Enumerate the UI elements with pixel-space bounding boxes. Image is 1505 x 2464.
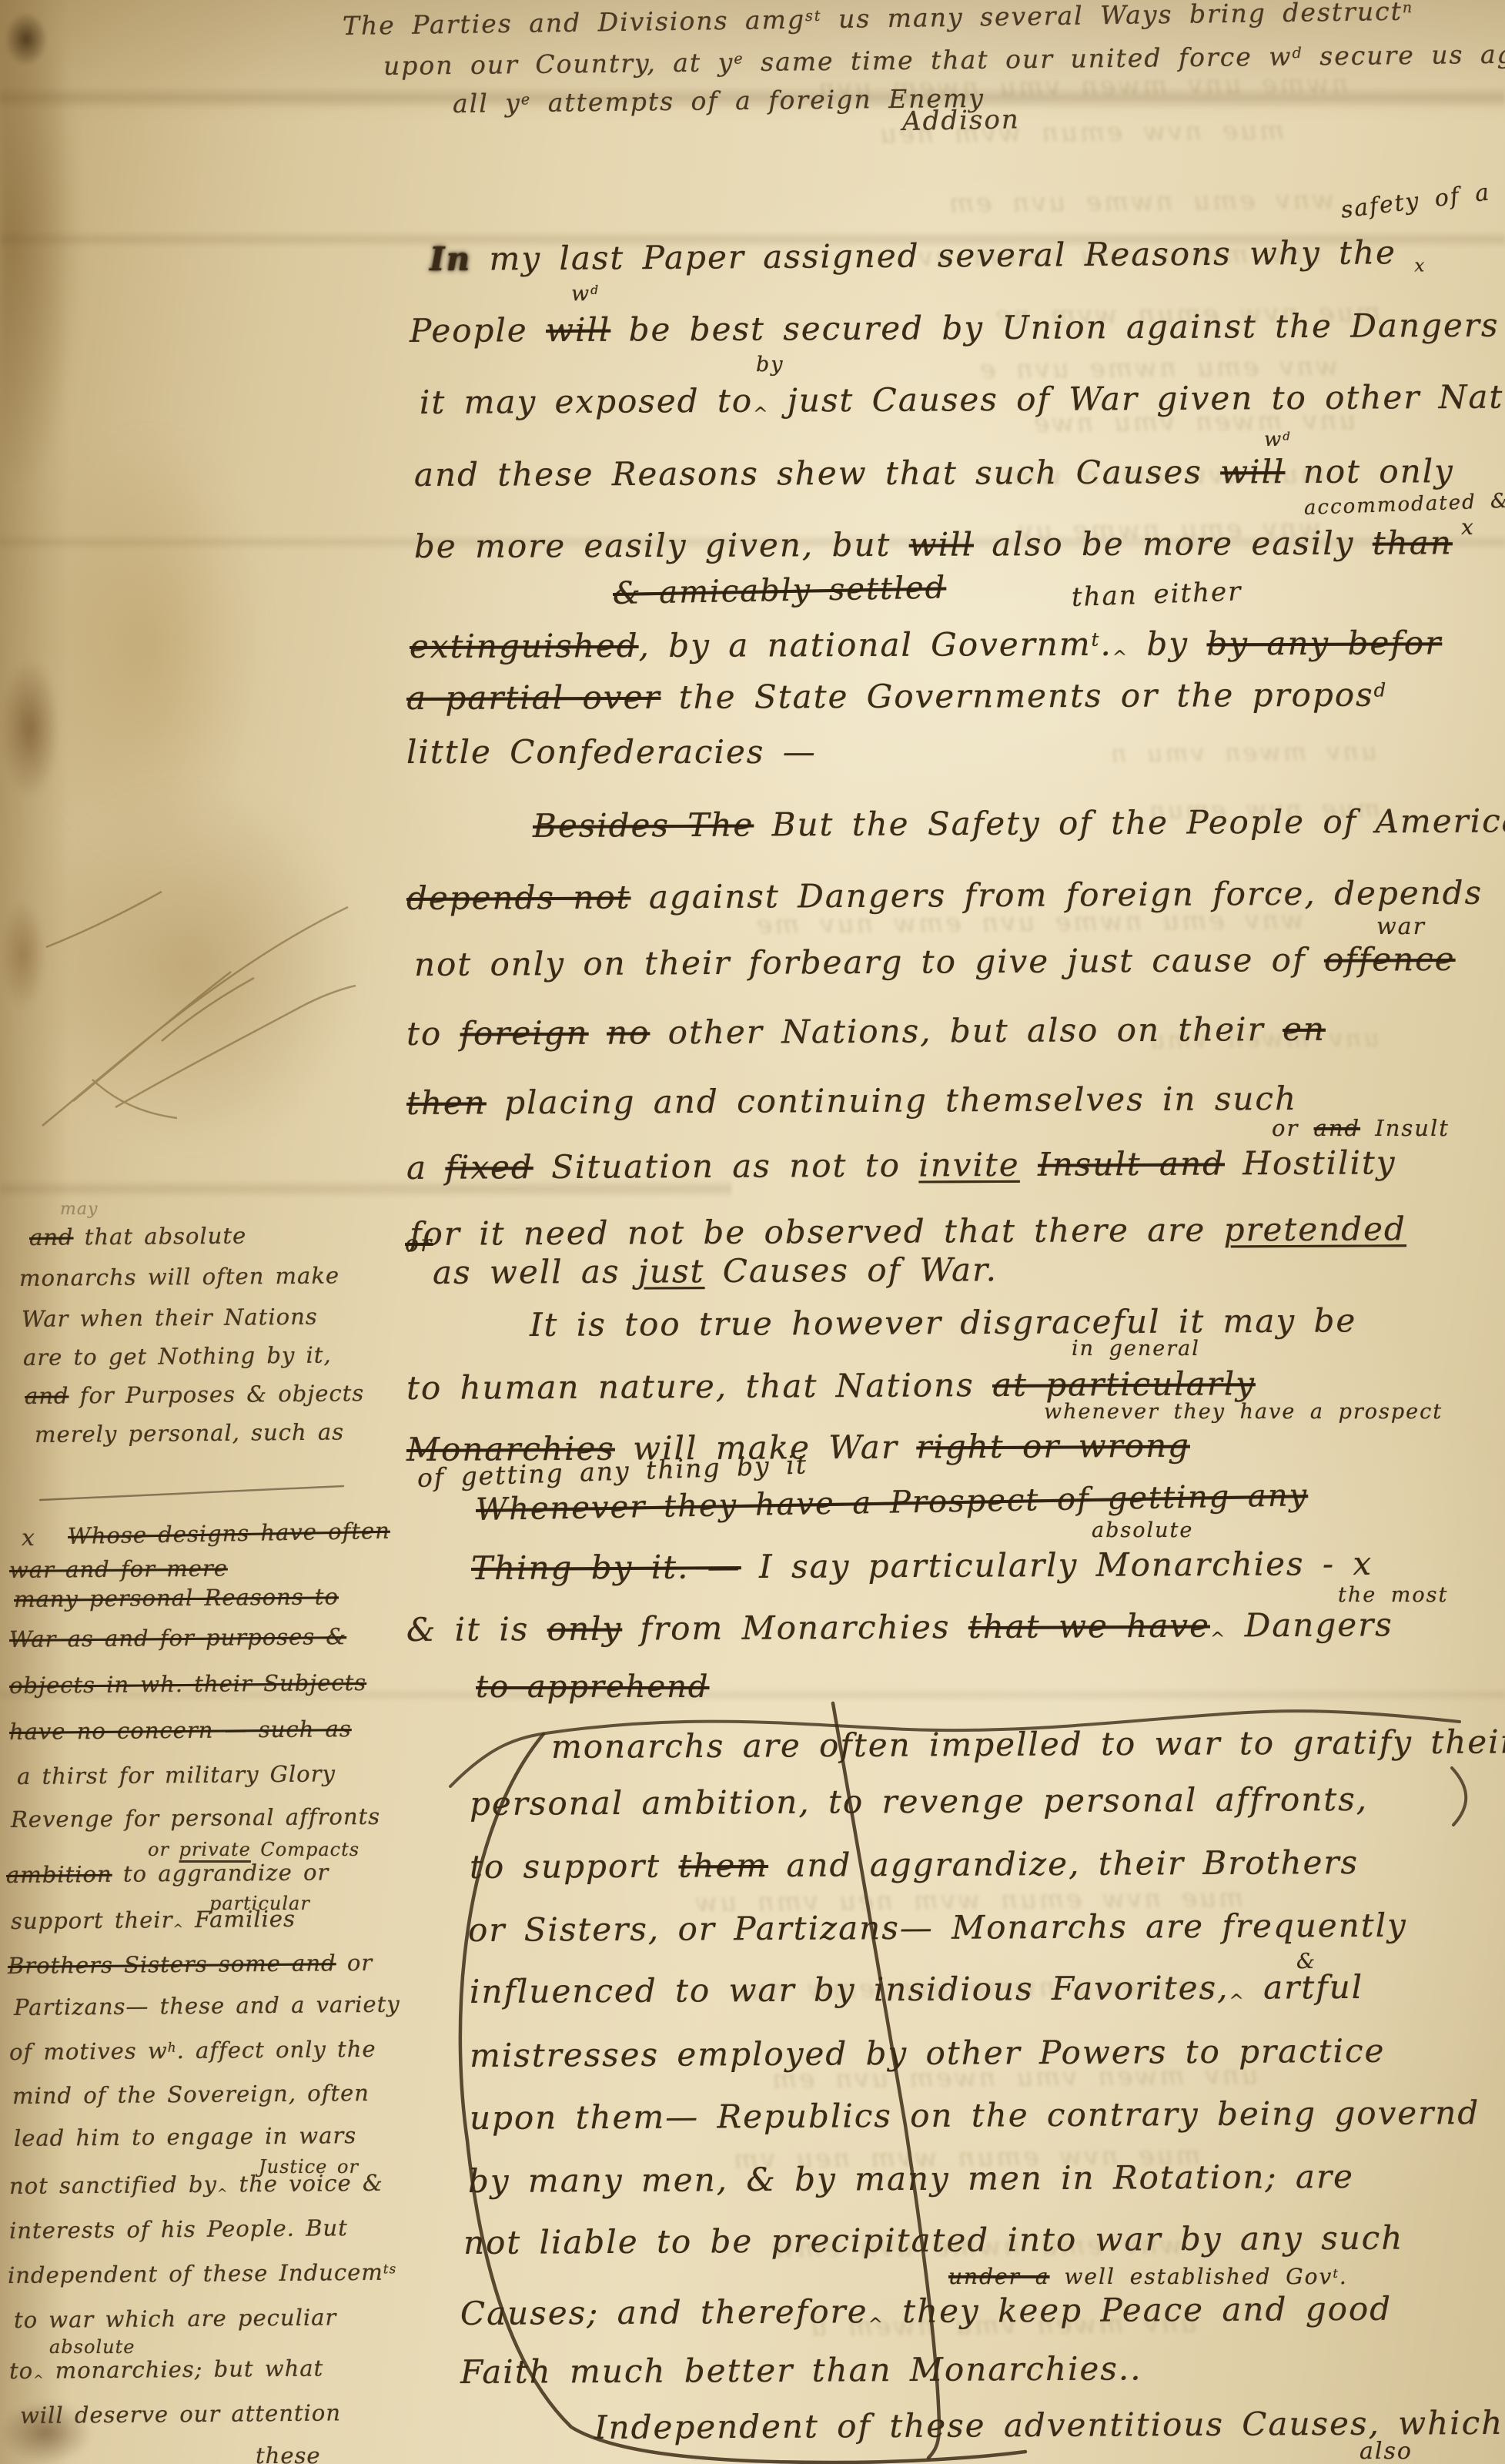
margin-c-line6: Partizans— these and a variety bbox=[14, 1991, 400, 2020]
text-segment: w bbox=[1264, 428, 1283, 451]
text-segment: by bbox=[756, 353, 784, 377]
margin-c-line8: mind of the Sovereign, often bbox=[12, 2080, 370, 2109]
bleedthrough-line: unv mwen vmu nwem u bbox=[808, 2308, 1198, 2342]
text-segment: well established Gov bbox=[1050, 2264, 1333, 2289]
text-segment: not only on their forbearg to give just … bbox=[414, 941, 1324, 983]
text-segment: for Purposes & objects bbox=[69, 1380, 364, 1408]
text-segment: Revenge for personal affronts bbox=[11, 1803, 380, 1833]
text-segment: will bbox=[546, 311, 611, 349]
para3-line6-insert: absolute bbox=[1092, 1518, 1193, 1542]
text-segment: than either bbox=[1071, 576, 1242, 613]
text-segment: upon them— Republics on the contrary bei… bbox=[470, 2094, 1480, 2137]
text-segment: & amicably settled bbox=[613, 570, 947, 611]
text-segment: objects in wh. their Subjects bbox=[9, 1669, 366, 1699]
text-segment: to bbox=[406, 1015, 460, 1053]
text-segment: w bbox=[571, 282, 590, 306]
text-segment: not sanctified by bbox=[9, 2171, 217, 2199]
text-segment: Causes; and therefore bbox=[460, 2292, 868, 2332]
text-segment: ^ bbox=[33, 2372, 45, 2387]
para4-line1: monarchs are often impelled to war to gr… bbox=[551, 1722, 1505, 1766]
bleedthrough-line: mue nvw emun wvm neu vmn uw bbox=[693, 1883, 1244, 1918]
text-segment: right or wrong bbox=[916, 1427, 1190, 1466]
margin-b-xmark: x bbox=[22, 1525, 35, 1552]
text-segment: Whenever they have a Prospect of getting… bbox=[476, 1478, 1309, 1528]
text-segment: Whose designs have often bbox=[68, 1518, 390, 1549]
text-segment: accommodated & bbox=[1303, 490, 1505, 520]
text-segment: particular bbox=[209, 1893, 310, 1914]
para4-line5: influenced to war by insidious Favorites… bbox=[470, 1968, 1363, 2015]
para2-line6: a fixed Situation as not to invite Insul… bbox=[406, 1143, 1396, 1187]
text-segment: & it is bbox=[406, 1610, 547, 1649]
text-segment: and bbox=[1314, 1115, 1361, 1141]
text-segment: will bbox=[1220, 453, 1285, 490]
text-segment: en bbox=[1283, 1010, 1326, 1048]
text-segment: People bbox=[410, 311, 546, 350]
text-segment: have no concern — such as bbox=[9, 1716, 352, 1745]
fold-crease-5 bbox=[0, 1688, 1505, 1702]
margin-c-line16: these bbox=[256, 2442, 321, 2464]
margin-b-line1: Whose designs have often bbox=[68, 1518, 390, 1549]
para3-line7-insert: the most bbox=[1338, 1583, 1448, 1607]
text-segment: many personal Reasons to bbox=[14, 1583, 339, 1612]
para2-line4: to foreign no other Nations, but also on… bbox=[406, 1010, 1326, 1053]
bleedthrough-line: mue nvw emun wvm neu vm bbox=[731, 2140, 1201, 2174]
text-segment: & bbox=[1296, 1950, 1316, 1974]
para1-line5-mark: x bbox=[1461, 514, 1475, 540]
para1-line6-insert: than either bbox=[1071, 576, 1242, 613]
text-segment: ^ bbox=[1229, 1991, 1245, 2011]
margin-c-line13: to war which are peculiar bbox=[14, 2304, 337, 2333]
para3-line6: Thing by it. — I say particularly Monarc… bbox=[471, 1545, 1373, 1587]
text-segment: lead him to engage in wars bbox=[14, 2122, 356, 2151]
text-segment: In bbox=[430, 240, 472, 278]
text-segment: may bbox=[60, 1200, 98, 1219]
bottom-left-stain bbox=[0, 2401, 92, 2464]
para1-line1: In my last Paper assigned several Reason… bbox=[430, 233, 1426, 283]
text-segment: fixed bbox=[445, 1148, 533, 1187]
bleedthrough-line: nwme unv mwen vmu nwem uvn bbox=[816, 69, 1349, 104]
text-segment: t bbox=[1092, 628, 1101, 651]
para2-line8-struck-or: or bbox=[405, 1230, 433, 1257]
para1-line5: be more easily given, but will also be m… bbox=[414, 524, 1453, 565]
bleedthrough-line: mue nvw emun bbox=[1147, 794, 1380, 825]
para4-line6: mistresses employed by other Powers to p… bbox=[470, 2032, 1386, 2074]
para2-line1: Besides The But the Safety of the People… bbox=[533, 802, 1505, 845]
text-segment: ^ bbox=[217, 2186, 229, 2201]
para1-line5-insert: accommodated & bbox=[1303, 490, 1505, 520]
margin-note-right-insert: safety of a bbox=[1339, 179, 1492, 224]
text-segment: to war which are peculiar bbox=[14, 2304, 337, 2333]
text-segment: under a bbox=[948, 2264, 1050, 2289]
text-segment: Insult bbox=[1360, 1115, 1450, 1141]
para2-line3-insert: war bbox=[1376, 913, 1426, 940]
text-segment: will deserve our attention bbox=[20, 2399, 341, 2429]
left-center-soft-stain bbox=[31, 431, 262, 862]
para3-line4: of getting any thing by it bbox=[416, 1449, 808, 1493]
text-segment: monarchies; but what bbox=[44, 2355, 323, 2383]
text-segment: and these Reasons shew that such Causes bbox=[414, 453, 1220, 494]
text-segment: at particularly bbox=[992, 1364, 1256, 1404]
text-segment: be more easily given, but bbox=[414, 526, 909, 565]
fold-crease-3 bbox=[0, 534, 1505, 550]
para1-line4: and these Reasons shew that such Causes … bbox=[414, 452, 1454, 494]
text-segment bbox=[589, 1014, 607, 1052]
fold-crease-4 bbox=[0, 1180, 731, 1198]
bleedthrough-line: wnv emu nwme uvn emw bbox=[770, 2230, 1182, 2265]
text-segment: pretended bbox=[1223, 1210, 1406, 1248]
text-segment: and bbox=[25, 1382, 69, 1409]
text-segment: ^ bbox=[753, 404, 769, 424]
text-segment: only bbox=[547, 1610, 623, 1649]
text-segment: Besides The bbox=[533, 805, 754, 845]
stain-layer bbox=[0, 0, 1505, 2464]
text-segment: independent of these Inducem bbox=[8, 2259, 383, 2288]
bleedthrough-line: unv mwen vmu nwem uvn em bbox=[770, 2060, 1259, 2095]
text-segment: to apprehend bbox=[476, 1669, 710, 1705]
text-segment: upon our Country, at y bbox=[383, 47, 734, 81]
para2-line5: then placing and continuing themselves i… bbox=[406, 1080, 1297, 1122]
text-segment: be best secured by Union against the Dan… bbox=[610, 306, 1499, 349]
text-segment: ^ bbox=[1210, 1629, 1226, 1649]
text-segment: , by a national Governm bbox=[639, 625, 1092, 665]
text-segment: than bbox=[1373, 524, 1453, 561]
text-segment: the State Governments or the propos bbox=[661, 676, 1373, 716]
fold-crease-2 bbox=[0, 231, 1505, 248]
text-segment: x bbox=[1414, 256, 1426, 276]
margin-c-line12: independent of these Inducemts bbox=[8, 2259, 396, 2288]
text-segment: other Nations, but also on their bbox=[650, 1010, 1283, 1051]
para3-line2-insert: in general bbox=[1072, 1337, 1200, 1361]
bleedthrough-line: wnv emu nwme uvn emw nuv bbox=[731, 1970, 1218, 2006]
text-segment: monarchs are often impelled to war to gr… bbox=[551, 1722, 1505, 1766]
text-segment: that we have bbox=[968, 1607, 1210, 1646]
margin-c-line9-insert: Justice or bbox=[259, 2156, 359, 2178]
text-segment: no bbox=[607, 1013, 650, 1051]
para1-line7: extinguished, by a national Governmt.^ b… bbox=[410, 624, 1442, 670]
margin-a-line5: and for Purposes & objects bbox=[25, 1380, 365, 1409]
text-segment: n bbox=[1403, 0, 1414, 16]
text-segment: Situation as not to bbox=[533, 1147, 919, 1187]
margin-b-line3: many personal Reasons to bbox=[14, 1583, 339, 1612]
left-edge-blot-1 bbox=[0, 659, 60, 798]
text-segment: mind of the Sovereign, often bbox=[12, 2080, 370, 2109]
text-segment: by any befor bbox=[1206, 624, 1442, 662]
margin-c-line1: a thirst for military Glory bbox=[17, 1760, 336, 1789]
text-segment: not only bbox=[1285, 452, 1454, 490]
para4-line3: to support them and aggrandize, their Br… bbox=[470, 1843, 1359, 1886]
text-segment: Monarchies bbox=[406, 1430, 615, 1468]
para4-line12: Independent of these adventitious Causes… bbox=[594, 2404, 1503, 2446]
text-segment: secure us ag bbox=[1303, 39, 1505, 72]
para3-line5: Whenever they have a Prospect of getting… bbox=[476, 1478, 1309, 1528]
text-segment: for it need not be observed that there a… bbox=[410, 1210, 1224, 1253]
text-segment: also bbox=[1360, 2438, 1413, 2464]
text-segment: will make War bbox=[615, 1428, 917, 1468]
text-segment: x bbox=[22, 1525, 35, 1552]
text-segment: to support bbox=[470, 1847, 679, 1886]
text-segment: private bbox=[179, 1839, 251, 1860]
text-segment: these bbox=[256, 2442, 321, 2464]
para2-line7: for it need not be observed that there a… bbox=[410, 1210, 1406, 1253]
text-segment: just bbox=[638, 1252, 705, 1290]
text-segment: . bbox=[1100, 625, 1112, 663]
bleedthrough-line: wnv emu nwme uvn e bbox=[978, 351, 1339, 385]
margin-a-line1: and that absolute bbox=[29, 1223, 247, 1250]
margin-b-line2: war and for mere bbox=[9, 1555, 228, 1583]
text-segment: The Parties and Divisions amg bbox=[343, 5, 806, 41]
manuscript-page: nwme unv mwen vmu nwem uvnmue nvw emun w… bbox=[0, 0, 1505, 2464]
text-segment: or bbox=[1272, 1115, 1314, 1141]
text-segment: interests of his People. But bbox=[9, 2215, 348, 2244]
closing-paren-mark bbox=[1452, 1768, 1466, 1825]
text-segment: in general bbox=[1072, 1337, 1200, 1361]
text-segment: depends not bbox=[406, 878, 631, 917]
text-segment: h bbox=[168, 2040, 177, 2055]
text-segment: ts bbox=[383, 2261, 397, 2276]
text-segment: will bbox=[909, 525, 974, 563]
para4-line10-insert: under a well established Govt. bbox=[948, 2264, 1348, 2289]
middle-bracket-curve bbox=[833, 1703, 939, 2458]
text-segment: invite bbox=[918, 1146, 1020, 1184]
bleedthrough-line: unv mwen vmu nwem uv bbox=[916, 239, 1323, 273]
text-segment: absolute bbox=[1092, 1518, 1193, 1542]
text-segment: the voice & bbox=[228, 2170, 383, 2198]
text-segment: e bbox=[734, 50, 744, 68]
overline-flourish bbox=[450, 1711, 1460, 1786]
text-segment: Addison bbox=[902, 104, 1020, 137]
margin-c-line7: of motives wh. affect only the bbox=[9, 2036, 376, 2065]
margin-c-line15: will deserve our attention bbox=[20, 2399, 341, 2429]
text-segment: a thirst for military Glory bbox=[17, 1760, 336, 1789]
text-segment: and aggrandize, their Brothers bbox=[768, 1843, 1359, 1884]
text-segment: d bbox=[1374, 678, 1388, 701]
text-segment: not liable to be precipitated into war b… bbox=[463, 2219, 1404, 2261]
text-segment: Thing by it. — bbox=[471, 1548, 741, 1587]
para4-line12-also: also bbox=[1360, 2438, 1413, 2464]
text-segment: or bbox=[336, 1950, 373, 1976]
text-segment: against Dangers from foreign force, depe… bbox=[630, 874, 1483, 916]
text-segment: d bbox=[1283, 429, 1292, 443]
text-segment: safety of a bbox=[1339, 179, 1492, 224]
text-segment: the most bbox=[1338, 1583, 1448, 1607]
margin-c-line3: ambition to aggrandize or bbox=[6, 1859, 329, 1888]
left-edge-stain-band bbox=[0, 0, 69, 2464]
para4-line11: Faith much better than Monarchies.. bbox=[460, 2349, 1142, 2391]
text-segment: support their bbox=[11, 1907, 173, 1934]
text-segment: us many several Ways bring destruct bbox=[821, 0, 1403, 34]
para2-line8: as well as just Causes of War. bbox=[433, 1250, 998, 1291]
text-segment: offence bbox=[1324, 940, 1456, 979]
text-segment: a bbox=[406, 1149, 446, 1187]
text-segment: by many men, & by many men in Rotation; … bbox=[468, 2158, 1354, 2200]
margin-a-line2: monarchs will often make bbox=[19, 1262, 339, 1291]
top-left-corner-stain bbox=[0, 0, 131, 631]
text-segment: ambition bbox=[6, 1861, 112, 1888]
para3-line1: It is too true however disgraceful it ma… bbox=[530, 1301, 1357, 1344]
text-segment: a partial over bbox=[406, 678, 661, 717]
text-segment: just Causes of War given to other Nation… bbox=[769, 377, 1505, 419]
margin-c-line4: support their^ Families bbox=[11, 1906, 296, 1937]
para1-line8: a partial over the State Governments or … bbox=[406, 676, 1387, 717]
margin-c-line5: Brothers Sisters some and or bbox=[8, 1950, 373, 1979]
margin-c-line2-insert: or private Compacts bbox=[148, 1839, 360, 1860]
margin-c-line11: interests of his People. But bbox=[9, 2215, 348, 2244]
margin-a-line3: War when their Nations bbox=[22, 1304, 318, 1332]
text-segment: absolute bbox=[49, 2336, 135, 2358]
text-segment: merely personal, such as bbox=[35, 1418, 344, 1448]
margin-a-line6: merely personal, such as bbox=[35, 1418, 344, 1448]
para4-line8: by many men, & by many men in Rotation; … bbox=[468, 2158, 1354, 2200]
text-segment: war and for mere bbox=[9, 1555, 228, 1583]
margin-b-line5: objects in wh. their Subjects bbox=[9, 1669, 366, 1699]
margin-b-line6: have no concern — such as bbox=[9, 1716, 352, 1745]
epigraph-line-1: The Parties and Divisions amgst us many … bbox=[343, 0, 1414, 41]
margin-c-line2: Revenge for personal affronts bbox=[11, 1803, 380, 1833]
text-segment: attempts of a foreign Enemy bbox=[531, 83, 985, 118]
text-segment: war bbox=[1376, 913, 1426, 940]
text-segment: or bbox=[148, 1839, 179, 1860]
text-segment: t bbox=[1333, 2266, 1339, 2281]
text-segment: But the Safety of the People of America bbox=[754, 802, 1505, 843]
epigraph-attribution: Addison bbox=[902, 104, 1020, 137]
bleedthrough-line: wnv emu nwme uvn emw nuv me bbox=[754, 905, 1304, 940]
text-segment: artful bbox=[1246, 1968, 1364, 2007]
text-segment: War as and for purposes & bbox=[9, 1623, 346, 1652]
text-segment: whenever they have a prospect bbox=[1044, 1400, 1443, 1424]
para4-line10: Causes; and therefore^ they keep Peace a… bbox=[460, 2290, 1392, 2338]
text-segment: to bbox=[9, 2358, 33, 2384]
text-segment: Brothers Sisters some and bbox=[8, 1950, 336, 1979]
text-segment: influenced to war by insidious Favorites… bbox=[470, 1969, 1229, 2010]
para3-line3-insert: whenever they have a prospect bbox=[1044, 1400, 1443, 1424]
text-segment: Compacts bbox=[251, 1839, 360, 1860]
text-segment: of getting any thing by it bbox=[416, 1449, 808, 1493]
epigraph-line-2: upon our Country, at ye same time that o… bbox=[383, 39, 1505, 81]
para3-line2: to human nature, that Nations at particu… bbox=[406, 1364, 1256, 1407]
text-segment: as well as bbox=[433, 1253, 638, 1291]
bleedthrough-line: mue nvw emun wvm bbox=[993, 459, 1326, 493]
text-segment: Causes of War. bbox=[704, 1250, 998, 1290]
text-segment: e bbox=[521, 90, 532, 108]
left-bracket-curve bbox=[460, 1734, 1025, 2462]
text-segment: of motives w bbox=[9, 2037, 168, 2065]
ink-flourishes bbox=[0, 0, 1505, 2464]
text-segment: d bbox=[590, 283, 600, 297]
bleedthrough-line: mue nvw emun wvm ne bbox=[993, 297, 1381, 331]
text-segment: ^ bbox=[868, 2315, 885, 2335]
text-segment: It is too true however disgraceful it ma… bbox=[530, 1301, 1357, 1344]
para4-line9: not liable to be precipitated into war b… bbox=[463, 2219, 1404, 2261]
para2-line6-insert: or and Insult bbox=[1272, 1115, 1450, 1141]
para2-line2: depends not against Dangers from foreign… bbox=[406, 874, 1483, 917]
text-segment: Dangers bbox=[1226, 1605, 1393, 1644]
text-segment: or Sisters, or Partizans— Monarchs are f… bbox=[468, 1907, 1407, 1949]
text-segment: my last Paper assigned several Reasons w… bbox=[471, 233, 1414, 278]
text-segment: ^ bbox=[1112, 648, 1129, 668]
text-segment: x bbox=[1461, 514, 1475, 540]
text-segment: st bbox=[805, 7, 822, 25]
verso-bleedthrough-layer: nwme unv mwen vmu nwem uvnmue nvw emun w… bbox=[0, 0, 1505, 2464]
para3-line3: Monarchies will make War right or wrong bbox=[406, 1427, 1190, 1468]
text-segment: or bbox=[405, 1230, 433, 1257]
text-segment: Insult and bbox=[1038, 1144, 1225, 1183]
para1-line2-insert: wd bbox=[571, 282, 600, 306]
text-segment: . bbox=[1339, 2264, 1348, 2289]
margin-separator-stroke bbox=[40, 1486, 343, 1500]
text-segment: to aggrandize or bbox=[112, 1859, 329, 1886]
bleedthrough-line: wnv emu nwme uv bbox=[1016, 513, 1322, 546]
margin-b-line4: War as and for purposes & bbox=[9, 1623, 346, 1652]
text-segment: same time that our united force w bbox=[744, 42, 1292, 77]
text-segment: they keep Peace and good bbox=[885, 2290, 1393, 2330]
epigraph-line-3: all ye attempts of a foreign Enemy bbox=[453, 83, 985, 119]
text-segment: also be more easily bbox=[974, 524, 1373, 564]
text-segment: then bbox=[406, 1083, 487, 1122]
text-segment: little Confederacies — bbox=[406, 733, 817, 771]
margin-c-line10: not sanctified by^ the voice & bbox=[9, 2170, 383, 2202]
margin-a-line4: are to get Nothing by it, bbox=[23, 1342, 332, 1371]
para1-line3-insert: by bbox=[756, 353, 784, 377]
text-segment: foreign bbox=[460, 1014, 588, 1053]
para4-line4: or Sisters, or Partizans— Monarchs are f… bbox=[468, 1907, 1407, 1949]
text-segment: from Monarchies bbox=[622, 1608, 968, 1647]
text-segment: and bbox=[29, 1224, 74, 1250]
text-segment: . affect only the bbox=[176, 2036, 376, 2064]
margin-c-line9: lead him to engage in wars bbox=[14, 2122, 356, 2151]
para3-line7: & it is only from Monarchies that we hav… bbox=[406, 1605, 1393, 1653]
text-segment: mistresses employed by other Powers to p… bbox=[470, 2032, 1386, 2074]
manuscript-text-layer: The Parties and Divisions amgst us many … bbox=[0, 0, 1505, 2464]
para2-line3: not only on their forbearg to give just … bbox=[414, 940, 1456, 983]
para4-line7: upon them— Republics on the contrary bei… bbox=[470, 2094, 1480, 2137]
margin-c-line3-insert: particular bbox=[209, 1893, 310, 1914]
bleedthrough-line: unv mwen vmu nwe bbox=[1032, 405, 1356, 439]
bleedthrough-line: mue nvw emun wvm neu bbox=[878, 115, 1285, 150]
para1-line4-insert: wd bbox=[1264, 428, 1292, 451]
para1-line2: People will be best secured by Union aga… bbox=[410, 306, 1500, 350]
fold-crease-1 bbox=[0, 86, 1505, 109]
text-segment: monarchs will often make bbox=[19, 1262, 339, 1291]
ink-spot-top-left bbox=[5, 12, 48, 66]
revision-bracket-strokes bbox=[40, 1486, 1466, 2462]
text-segment: that absolute bbox=[73, 1223, 246, 1250]
text-segment: personal ambition, to revenge personal a… bbox=[470, 1780, 1368, 1823]
margin-a-faint: may bbox=[60, 1200, 98, 1219]
branch-stain-blob bbox=[23, 785, 362, 1147]
text-segment: Justice or bbox=[259, 2156, 359, 2178]
text-segment: Independent of these adventitious Causes… bbox=[594, 2404, 1503, 2446]
left-edge-blot-2 bbox=[0, 901, 46, 1009]
text-segment: them bbox=[678, 1846, 768, 1885]
text-segment: I say particularly Monarchies - x bbox=[741, 1545, 1373, 1585]
margin-c-line14: to^ monarchies; but what bbox=[9, 2355, 324, 2387]
para4-line2: personal ambition, to revenge personal a… bbox=[470, 1780, 1368, 1823]
para4-line5-insert: & bbox=[1296, 1950, 1316, 1974]
para1-line3: it may exposed to^ just Causes of War gi… bbox=[420, 377, 1505, 426]
text-segment: are to get Nothing by it, bbox=[23, 1342, 332, 1371]
text-segment: placing and continuing themselves in suc… bbox=[487, 1080, 1297, 1122]
text-segment: Families bbox=[184, 1906, 296, 1933]
branch-stain-strokes bbox=[42, 892, 356, 1126]
text-segment: d bbox=[1292, 44, 1303, 62]
text-segment: all y bbox=[453, 88, 521, 119]
text-segment: extinguished bbox=[410, 627, 639, 665]
bleedthrough-line: wnv emu nwme uvn em bbox=[947, 185, 1335, 219]
margin-c-line13-insert: absolute bbox=[49, 2336, 135, 2358]
text-segment: it may exposed to bbox=[420, 382, 753, 421]
text-segment: by bbox=[1129, 624, 1206, 662]
text-segment: War when their Nations bbox=[22, 1304, 318, 1332]
